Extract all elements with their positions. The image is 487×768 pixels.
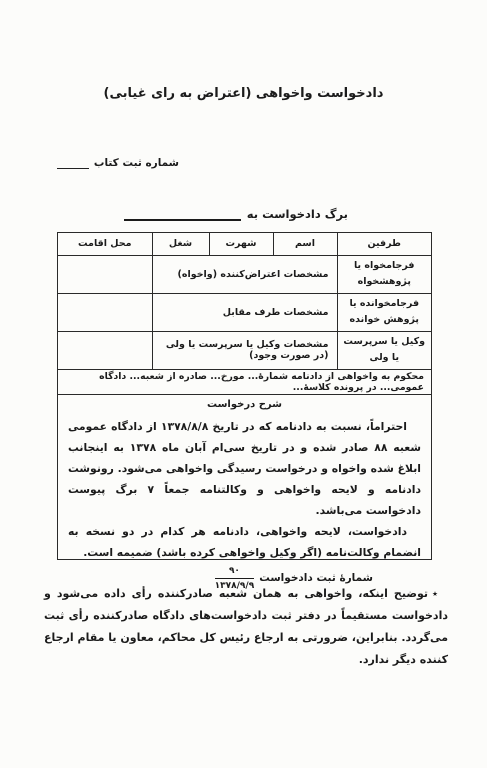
document-title: دادخواست واخواهی (اعتراض به رای غیابی) xyxy=(0,86,487,101)
table-header-surname: شهرت xyxy=(209,233,273,255)
residence-cell xyxy=(58,331,152,369)
sheet-header-line: برگ دادخواست به xyxy=(124,207,348,221)
footnote-marker: ٭ xyxy=(432,587,438,600)
register-book-label: شماره ثبت کتاب xyxy=(94,157,179,169)
residence-cell xyxy=(58,255,152,293)
table-row-appellant: فرجامخواه یا پژوهشخواه مشخصات اعتراض‌کنن… xyxy=(58,255,431,293)
document-page: دادخواست واخواهی (اعتراض به رای غیابی) ش… xyxy=(0,0,487,768)
request-paragraph-2: دادخواست، لایحه واخواهی، دادنامه هر کدام… xyxy=(68,521,421,563)
party-cell: فرجامخوانده یا پژوهش خوانده xyxy=(337,293,431,331)
table-row-subject: محکوم به واخواهی از دادنامه شمارهٔ... مو… xyxy=(58,369,431,394)
register-book-line: شماره ثبت کتاب xyxy=(57,157,179,169)
table-header-residence: محل اقامت xyxy=(58,233,152,255)
footnote-text: توضیح اینکه، واخواهی به همان شعبه صادرکن… xyxy=(44,587,448,666)
footnote: ٭توضیح اینکه، واخواهی به همان شعبه صادرک… xyxy=(44,583,448,671)
table-header-occupation: شغل xyxy=(152,233,209,255)
sheet-header-blank xyxy=(124,209,241,221)
party-cell: وکیل یا سرپرست یا ولی xyxy=(337,331,431,369)
residence-cell xyxy=(58,293,152,331)
request-body: احتراماً، نسبت به دادنامه که در تاریخ ۱۳… xyxy=(58,414,431,592)
details-cell: مشخصات وکیل یا سرپرست یا ولی (در صورت وج… xyxy=(152,331,337,369)
table-header-row: طرفین اسم شهرت شغل محل اقامت xyxy=(58,233,431,255)
register-book-blank xyxy=(57,158,89,169)
details-cell: مشخصات طرف مقابل xyxy=(152,293,337,331)
table-row-attorney: وکیل یا سرپرست یا ولی مشخصات وکیل یا سرپ… xyxy=(58,331,431,369)
party-cell: فرجامخواه یا پژوهشخواه xyxy=(337,255,431,293)
sheet-header-label: برگ دادخواست به xyxy=(247,207,348,221)
registration-number: ۹۰ xyxy=(215,565,255,579)
table-row-respondent: فرجامخوانده یا پژوهش خوانده مشخصات طرف م… xyxy=(58,293,431,331)
request-paragraph-1: احتراماً، نسبت به دادنامه که در تاریخ ۱۳… xyxy=(68,416,421,521)
subject-row: محکوم به واخواهی از دادنامه شمارهٔ... مو… xyxy=(58,369,431,394)
parties-table: طرفین اسم شهرت شغل محل اقامت فرجامخواه ی… xyxy=(58,233,431,394)
request-heading: شرح درخواست xyxy=(58,394,431,414)
table-header-name: اسم xyxy=(273,233,337,255)
details-cell: مشخصات اعتراض‌کننده (واخواه) xyxy=(152,255,337,293)
table-header-parties: طرفین xyxy=(337,233,431,255)
petition-form-box: طرفین اسم شهرت شغل محل اقامت فرجامخواه ی… xyxy=(57,232,432,560)
